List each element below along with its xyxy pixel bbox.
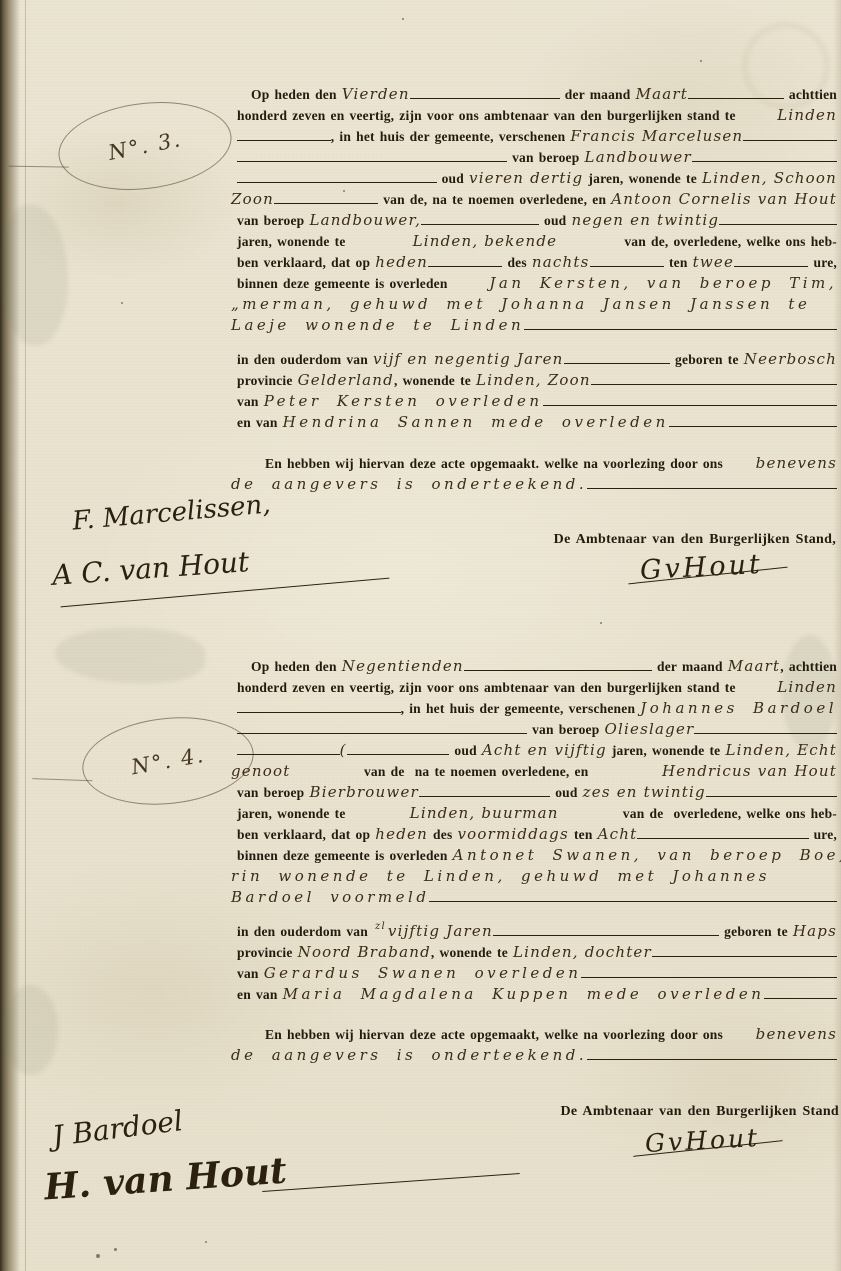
printed-text: en van — [237, 984, 283, 1005]
blank-rule — [419, 783, 550, 797]
blank-rule — [581, 964, 837, 978]
printed-text: ten — [664, 252, 693, 273]
handwritten-entry: ( — [340, 740, 347, 761]
act-line: provincie Noord Braband, wonende te Lind… — [237, 942, 837, 963]
handwritten-entry: vijf en negentig Jaren — [373, 349, 564, 370]
act-4-declarant-signature-1: J Bardoel — [50, 1104, 184, 1153]
printed-text: in den ouderdom van — [237, 921, 373, 942]
printed-text: En hebben wij hiervan deze acte opgemaak… — [265, 453, 728, 474]
ink-speck — [96, 1254, 100, 1258]
handwritten-entry: Linden, bekende — [413, 231, 558, 252]
blank-rule — [564, 350, 670, 364]
handwritten-entry: heden — [375, 824, 428, 845]
act-line: , in het huis der gemeente, verschenen J… — [237, 698, 837, 719]
blank-rule — [692, 148, 837, 162]
blank-rule — [719, 211, 837, 225]
act-line: van beroep Bierbrouwer oud zes en twinti… — [237, 782, 837, 803]
act-line: Laeje wonende te Linden — [231, 315, 837, 336]
handwritten-entry: genoot — [231, 761, 290, 782]
act-line: rin wonende te Linden, gehuwd met Johann… — [231, 866, 837, 887]
handwritten-entry: Jan Kersten, van beroep Tim, — [489, 273, 837, 294]
printed-text: ten — [569, 824, 598, 845]
printed-text: van beroep — [237, 782, 309, 803]
handwritten-entry: Peter Kersten overleden — [264, 391, 543, 412]
handwritten-entry: Linden — [777, 105, 837, 126]
printed-text: van de, overledene, welke ons heb- — [619, 231, 837, 252]
handwritten-insertion: zl — [375, 916, 386, 937]
death-register-page: N°. 3. Op heden den Vierden der maand Ma… — [0, 0, 841, 1271]
blank-rule — [669, 413, 837, 427]
blank-rule — [688, 85, 784, 99]
act-line: de aangevers is onderteekend. — [231, 1045, 837, 1066]
handwritten-entry: Bardoel voormeld — [231, 887, 429, 908]
act-3-age-section: in den ouderdom van vijf en negentig Jar… — [237, 349, 837, 433]
printed-text: en van — [237, 412, 283, 433]
printed-text: , in het huis der gemeente, verschenen — [401, 698, 641, 719]
act-line: En hebben wij hiervan deze acte opgemaak… — [265, 453, 837, 474]
handwritten-entry: Landbouwer — [585, 147, 692, 168]
handwritten-entry: Zoon — [231, 189, 274, 210]
printed-text: van de na te noemen overledene, en — [359, 761, 594, 782]
printed-text: ure, — [808, 252, 837, 273]
act-line: Op heden den Negentienden der maand Maar… — [251, 656, 837, 677]
handwritten-entry: Noord Braband — [298, 942, 431, 963]
act-line: genoot van de na te noemen overledene, e… — [231, 761, 837, 782]
act-line: en van Hendrina Sannen mede overleden — [237, 412, 837, 433]
blank-rule — [764, 985, 837, 999]
blank-rule — [543, 392, 837, 406]
blank-rule — [694, 720, 837, 734]
signature-flourish-stroke — [262, 1173, 519, 1192]
handwritten-entry: twee — [693, 252, 734, 273]
blank-rule — [237, 720, 527, 734]
handwritten-entry: Landbouwer, — [309, 210, 421, 231]
act-line: jaren, wonende te Linden, bekende van de… — [237, 231, 837, 252]
blank-rule — [421, 211, 539, 225]
ink-speck — [114, 1248, 117, 1251]
act-line: binnen deze gemeente is overleden Antone… — [237, 845, 837, 866]
handwritten-entry: de aangevers is onderteekend. — [231, 474, 587, 495]
handwritten-entry: zes en twintig — [583, 782, 706, 803]
handwritten-entry: Linden, Zoon — [476, 370, 591, 391]
act-line: En hebben wij hiervan deze acte opgemaak… — [265, 1024, 837, 1045]
ink-speck — [700, 60, 702, 62]
act-line: ( oud Acht en vijftig jaren, wonende te … — [237, 740, 837, 761]
blank-rule — [587, 1046, 837, 1060]
ink-bleed-ghost — [55, 628, 205, 683]
act-line: oud vieren dertig jaren, wonende te Lind… — [237, 168, 837, 189]
printed-text: van de, na te noemen overledene, en — [378, 189, 611, 210]
act-4-closing: En hebben wij hiervan deze acte opgemaak… — [237, 1024, 837, 1066]
handwritten-entry: benevens — [756, 1024, 837, 1045]
printed-text: ure, — [809, 824, 838, 845]
act-4-age-section: in den ouderdom van zlvijftig Jaren gebo… — [237, 921, 837, 1005]
act-line: honderd zeven en veertig, zijn voor ons … — [237, 105, 837, 126]
act-4-declarant-signature-2: H. van Hout — [43, 1150, 288, 1209]
printed-text: ben verklaard, dat op — [237, 252, 375, 273]
handwritten-entry: negen en twintig — [571, 210, 719, 231]
blank-rule — [587, 475, 837, 489]
act-line: in den ouderdom van vijf en negentig Jar… — [237, 349, 837, 370]
blank-rule — [429, 888, 837, 902]
printed-text: van beroep — [507, 147, 585, 168]
handwritten-entry: nachts — [532, 252, 590, 273]
printed-text: ben verklaard, dat op — [237, 824, 375, 845]
blank-rule — [237, 169, 437, 183]
handwritten-entry: Johannes Bardoel — [640, 698, 837, 719]
blank-rule — [590, 253, 664, 267]
blank-rule — [637, 825, 808, 839]
handwritten-entry: Linden, Echt — [725, 740, 837, 761]
blank-rule — [410, 85, 560, 99]
handwritten-entry: Antoon Cornelis van Hout — [611, 189, 837, 210]
handwritten-entry: de aangevers is onderteekend. — [231, 1045, 587, 1066]
printed-text: des — [428, 824, 458, 845]
blank-rule — [743, 127, 837, 141]
handwritten-entry: Linden, Schoon — [702, 168, 837, 189]
handwritten-entry: Maria Magdalena Kuppen mede overleden — [283, 984, 765, 1005]
printed-text: der maand — [652, 656, 728, 677]
blank-rule — [706, 783, 837, 797]
act-line: provincie Gelderland, wonende te Linden,… — [237, 370, 837, 391]
printed-text: , in het huis der gemeente, verschenen — [331, 126, 571, 147]
handwritten-entry: Gerardus Swanen overleden — [264, 963, 582, 984]
printed-text: honderd zeven en veertig, zijn voor ons … — [237, 105, 741, 126]
printed-text: Op heden den — [251, 656, 342, 677]
act-3-declarant-signature-1: F. Marcelissen, — [71, 489, 272, 536]
act-line: van beroep Landbouwer, oud negen en twin… — [237, 210, 837, 231]
blank-rule — [347, 741, 450, 755]
ink-speck — [121, 302, 123, 304]
printed-text: van de overledene, welke ons heb- — [618, 803, 837, 824]
printed-text: , wonende te — [431, 942, 513, 963]
act-line: ben verklaard, dat op heden des voormidd… — [237, 824, 837, 845]
handwritten-entry: Gelderland — [298, 370, 394, 391]
act-line: , in het huis der gemeente, verschenen F… — [237, 126, 837, 147]
handwritten-entry: Linden, buurman — [410, 803, 559, 824]
printed-text: , wonende te — [394, 370, 476, 391]
handwritten-entry: benevens — [756, 453, 837, 474]
act-line: van beroep Olieslager — [237, 719, 837, 740]
act-3-number: N°. 3. — [106, 127, 183, 165]
handwritten-entry: „merman, gehuwd met Johanna Jansen Janss… — [231, 294, 810, 315]
handwritten-entry: voormiddags — [458, 824, 569, 845]
blank-rule — [652, 943, 837, 957]
act-line: in den ouderdom van zlvijftig Jaren gebo… — [237, 921, 837, 942]
blank-rule — [237, 148, 507, 162]
act-line: van Gerardus Swanen overleden — [237, 963, 837, 984]
ink-speck — [205, 1241, 207, 1243]
printed-text: jaren, wonende te — [237, 231, 351, 252]
handwritten-entry: Acht — [598, 824, 638, 845]
printed-text: , achttien — [780, 656, 837, 677]
printed-text: binnen deze gemeente is overleden — [237, 845, 453, 866]
blank-rule — [734, 253, 808, 267]
printed-text: des — [502, 252, 532, 273]
handwritten-entry: rin wonende te Linden, gehuwd met Johann… — [231, 866, 770, 887]
act-line: van beroep Landbouwer — [237, 147, 837, 168]
blank-rule — [493, 922, 719, 936]
blank-rule — [524, 316, 837, 330]
handwritten-entry: Haps — [793, 921, 837, 942]
printed-text: jaren, wonende te — [583, 168, 702, 189]
blank-rule — [237, 699, 401, 713]
printed-text: van — [237, 963, 264, 984]
printed-text: jaren, wonende te — [607, 740, 726, 761]
printed-text: in den ouderdom van — [237, 349, 373, 370]
handwritten-entry: Olieslager — [605, 719, 695, 740]
act-4-body: Op heden den Negentienden der maand Maar… — [237, 656, 837, 908]
printed-text: binnen deze gemeente is overleden — [237, 273, 453, 294]
act-line: jaren, wonende te Linden, buurman van de… — [237, 803, 837, 824]
printed-text: van — [237, 391, 264, 412]
printed-text: honderd zeven en veertig, zijn voor ons … — [237, 677, 741, 698]
act-3-number-flourish: N°. 3. — [53, 93, 236, 200]
printed-text: oud — [449, 740, 482, 761]
handwritten-entry: Acht en vijftig — [482, 740, 607, 761]
printed-text: jaren, wonende te — [237, 803, 351, 824]
printed-text: van beroep — [527, 719, 605, 740]
handwritten-entry: Vierden — [342, 84, 410, 105]
act-line: Bardoel voormeld — [231, 887, 837, 908]
handwritten-entry: Maart — [728, 656, 780, 677]
act-line: ben verklaard, dat op heden des nachts t… — [237, 252, 837, 273]
printed-text: geboren te — [670, 349, 744, 370]
handwritten-entry: Neerbosch — [744, 349, 837, 370]
handwritten-entry: vieren dertig — [469, 168, 583, 189]
printed-text: Op heden den — [251, 84, 342, 105]
act-3-body: Op heden den Vierden der maand Maart ach… — [237, 84, 837, 336]
handwritten-entry: Bierbrouwer — [309, 782, 418, 803]
printed-text: der maand — [560, 84, 636, 105]
handwritten-entry: Linden — [777, 677, 837, 698]
handwritten-entry: Hendrina Sannen mede overleden — [283, 412, 669, 433]
blank-rule — [274, 190, 378, 204]
act-3-closing: En hebben wij hiervan deze acte opgemaak… — [237, 453, 837, 495]
printed-text: provincie — [237, 942, 298, 963]
handwritten-entry: Francis Marcelusen — [570, 126, 743, 147]
act-line: „merman, gehuwd met Johanna Jansen Janss… — [231, 294, 837, 315]
act-4-official-title: De Ambtenaar van den Burgerlijken Stand — [505, 1104, 839, 1120]
handwritten-entry: Laeje wonende te Linden — [231, 315, 524, 336]
blank-rule — [237, 127, 331, 141]
printed-text: oud — [539, 210, 572, 231]
blank-rule — [428, 253, 502, 267]
act-line: en van Maria Magdalena Kuppen mede overl… — [237, 984, 837, 1005]
blank-rule — [237, 741, 340, 755]
act-line: de aangevers is onderteekend. — [231, 474, 837, 495]
handwritten-entry: Maart — [636, 84, 688, 105]
act-4-number: N°. 4. — [129, 743, 206, 780]
act-line: van Peter Kersten overleden — [237, 391, 837, 412]
handwritten-entry: Hendricus van Hout — [662, 761, 837, 782]
blank-rule — [591, 371, 837, 385]
handwritten-entry: Antonet Swanen, van beroep Boe, — [453, 845, 841, 866]
page-crease-line — [25, 0, 26, 1271]
act-3-official-title: De Ambtenaar van den Burgerlijken Stand, — [500, 532, 836, 548]
ink-speck — [402, 18, 404, 20]
act-line: binnen deze gemeente is overleden Jan Ke… — [237, 273, 837, 294]
act-line: Op heden den Vierden der maand Maart ach… — [251, 84, 837, 105]
handwritten-entry: vijftig Jaren — [388, 921, 493, 942]
printed-text: geboren te — [719, 921, 793, 942]
ink-speck — [600, 622, 602, 624]
printed-text: provincie — [237, 370, 298, 391]
binding-edge — [0, 0, 20, 1271]
handwritten-entry: Negentienden — [342, 656, 464, 677]
act-3-declarant-signature-2: A C. van Hout — [51, 545, 250, 592]
blank-rule — [464, 657, 652, 671]
printed-text: van beroep — [237, 210, 309, 231]
printed-text: En hebben wij hiervan deze acte opgemaak… — [265, 1024, 728, 1045]
printed-text: oud — [437, 168, 470, 189]
handwritten-entry: Linden, dochter — [513, 942, 652, 963]
act-line: honderd zeven en veertig, zijn voor ons … — [237, 677, 837, 698]
printed-text: achttien — [784, 84, 837, 105]
act-line: Zoon van de, na te noemen overledene, en… — [231, 189, 837, 210]
handwritten-entry: heden — [375, 252, 428, 273]
printed-text: oud — [550, 782, 583, 803]
